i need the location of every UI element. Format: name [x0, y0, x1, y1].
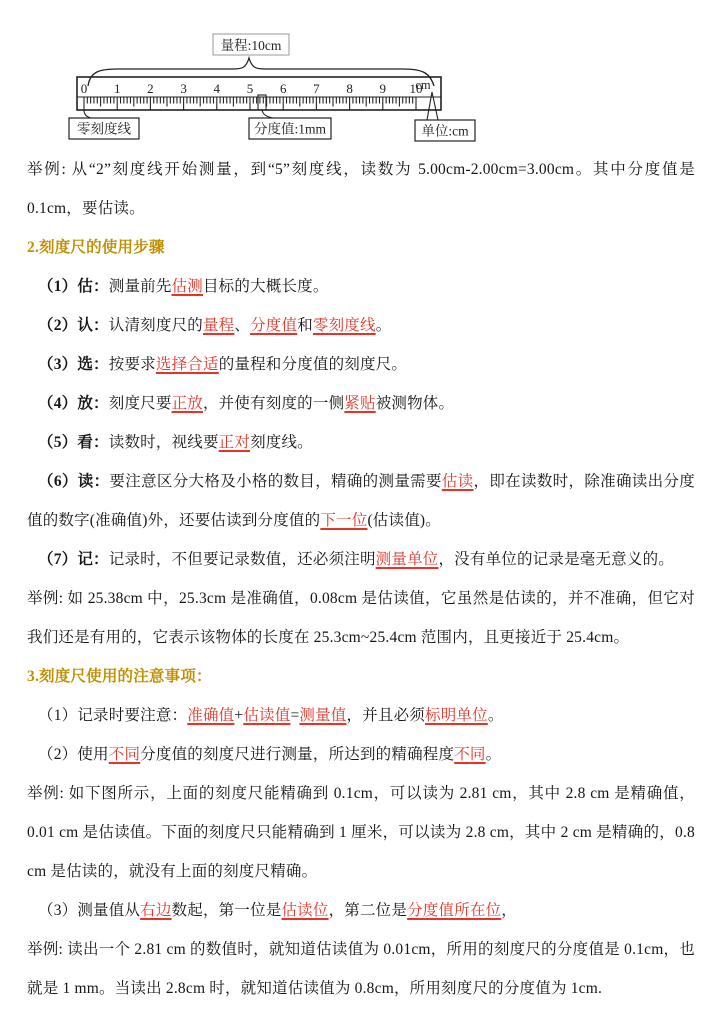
- ruler-number: 2: [147, 81, 154, 96]
- example-paragraph: 举例: 读出一个 2.81 cm 的数值时，就知道估读值为 0.01cm，所用的…: [27, 930, 695, 1008]
- highlighted-term: 零刻度线: [313, 317, 376, 334]
- text-run: （3）测量值从: [38, 902, 140, 919]
- ruler-diagram: 量程:10cm cm 012345678910 零刻度线 分度值:1mm: [31, 30, 491, 144]
- text-run: ，并且必须: [347, 707, 426, 724]
- unit-callout-pointer: [427, 92, 438, 120]
- step-paragraph: （2）使用不同分度值的刻度尺进行测量，所达到的精确程度不同。: [27, 735, 695, 774]
- highlighted-term: 量程: [203, 317, 234, 334]
- text-run: （5）看：: [38, 434, 109, 451]
- highlighted-term: 标明单位: [425, 707, 488, 724]
- ruler-number: 4: [214, 81, 221, 96]
- ruler-figure: 量程:10cm cm 012345678910 零刻度线 分度值:1mm: [31, 30, 695, 144]
- text-run: （4）放：: [38, 395, 109, 412]
- highlighted-term: 估测: [172, 278, 203, 295]
- text-run: 记录时，不但要记录数值，还必须注明: [109, 551, 376, 568]
- text-run: 举例: 读出一个 2.81 cm 的数值时，就知道估读值为 0.01cm，所用的…: [27, 941, 695, 997]
- example-paragraph: 举例: 从“2”刻度线开始测量，到“5”刻度线，读数为 5.00cm-2.00c…: [27, 150, 695, 228]
- content-blocks: 举例: 从“2”刻度线开始测量，到“5”刻度线，读数为 5.00cm-2.00c…: [27, 150, 695, 1008]
- text-run: 。: [488, 707, 504, 724]
- zero-callout-line: [84, 110, 91, 118]
- division-callout-line: [262, 110, 273, 118]
- text-run: （6）读：: [38, 473, 109, 490]
- range-label: 量程:10cm: [221, 38, 282, 53]
- text-run: +: [234, 707, 243, 724]
- text-run: ，没有单位的记录是毫无意义的。: [438, 551, 674, 568]
- text-run: 3.刻度尺使用的注意事项：: [27, 668, 212, 685]
- example-paragraph: 举例: 如 25.38cm 中，25.3cm 是准确值，0.08cm 是估读值，…: [27, 579, 695, 657]
- text-run: 要注意区分大格及小格的数目，精确的测量需要: [109, 473, 441, 490]
- highlighted-term: 估读位: [281, 902, 328, 919]
- step-paragraph: （6）读：要注意区分大格及小格的数目，精确的测量需要估读，即在读数时，除准确读出…: [27, 462, 695, 540]
- text-run: 的量程和分度值的刻度尺。: [219, 356, 407, 373]
- step-paragraph: （1）记录时要注意：准确值+估读值=测量值，并且必须标明单位。: [27, 696, 695, 735]
- highlighted-term: 分度值所在位: [407, 902, 501, 919]
- text-run: 被测物体。: [376, 395, 455, 412]
- text-run: （1）估：: [38, 278, 109, 295]
- highlighted-term: 测量单位: [376, 551, 439, 568]
- highlighted-term: 紧贴: [344, 395, 375, 412]
- text-run: （2）使用: [38, 746, 109, 763]
- section-heading: 2.刻度尺的使用步骤: [27, 228, 695, 267]
- ruler-number: 7: [313, 81, 320, 96]
- ruler-number: 3: [180, 81, 187, 96]
- ruler-ticks: [84, 97, 416, 110]
- ruler-number: 6: [280, 81, 287, 96]
- text-run: 2.刻度尺的使用步骤: [27, 239, 165, 256]
- step-paragraph: （3）测量值从右边数起，第一位是估读位，第二位是分度值所在位，: [27, 891, 695, 930]
- text-run: （7）记：: [38, 551, 109, 568]
- highlighted-term: 选择合适: [156, 356, 219, 373]
- highlighted-term: 正对: [219, 434, 250, 451]
- ruler-number: 5: [247, 81, 254, 96]
- text-run: 测量前先: [109, 278, 172, 295]
- text-run: ，第二位是: [329, 902, 408, 919]
- text-run: 举例: 从“2”刻度线开始测量，到“5”刻度线，读数为 5.00cm-2.00c…: [27, 161, 695, 217]
- ruler-number: 9: [380, 81, 387, 96]
- step-paragraph: （5）看：读数时，视线要正对刻度线。: [27, 423, 695, 462]
- text-run: 举例: 如下图所示，上面的刻度尺能精确到 0.1cm，可以读为 2.81 cm，…: [27, 785, 695, 880]
- text-run: 举例: 如 25.38cm 中，25.3cm 是准确值，0.08cm 是估读值，…: [27, 590, 695, 646]
- step-paragraph: （3）选：按要求选择合适的量程和分度值的刻度尺。: [27, 345, 695, 384]
- highlighted-term: 下一位: [320, 512, 367, 529]
- text-run: (估读值)。: [367, 512, 441, 529]
- text-run: 。: [376, 317, 392, 334]
- division-callout-label: 分度值:1mm: [254, 121, 327, 137]
- step-paragraph: （7）记：记录时，不但要记录数值，还必须注明测量单位，没有单位的记录是毫无意义的…: [27, 540, 695, 579]
- document-page: 量程:10cm cm 012345678910 零刻度线 分度值:1mm: [0, 0, 722, 1024]
- text-run: （2）认：: [38, 317, 109, 334]
- step-paragraph: （4）放：刻度尺要正放，并使有刻度的一侧紧贴被测物体。: [27, 384, 695, 423]
- text-run: ，并使有刻度的一侧: [203, 395, 344, 412]
- text-run: 按要求: [109, 356, 156, 373]
- example-paragraph: 举例: 如下图所示，上面的刻度尺能精确到 0.1cm，可以读为 2.81 cm，…: [27, 774, 695, 891]
- step-paragraph: （2）认：认清刻度尺的量程、分度值和零刻度线。: [27, 306, 695, 345]
- text-run: （1）记录时要注意：: [38, 707, 187, 724]
- ruler-body: [77, 77, 441, 110]
- highlighted-term: 不同: [109, 746, 140, 763]
- highlighted-term: 测量值: [299, 707, 346, 724]
- highlighted-term: 估读: [442, 473, 474, 490]
- text-run: 刻度线。: [250, 434, 313, 451]
- text-run: （3）选：: [38, 356, 109, 373]
- text-run: 目标的大概长度。: [203, 278, 329, 295]
- ruler-number: 1: [114, 81, 121, 96]
- unit-callout-label: 单位:cm: [421, 124, 469, 139]
- highlighted-term: 正放: [172, 395, 203, 412]
- text-run: ，: [501, 902, 517, 919]
- text-run: 。: [486, 746, 502, 763]
- text-run: 读数时，视线要: [109, 434, 219, 451]
- ruler-numbers: 012345678910: [81, 81, 423, 96]
- text-run: 认清刻度尺的: [109, 317, 203, 334]
- ruler-number: 8: [346, 81, 353, 96]
- highlighted-term: 右边: [140, 902, 171, 919]
- step-paragraph: （1）估：测量前先估测目标的大概长度。: [27, 267, 695, 306]
- text-run: 刻度尺要: [109, 395, 172, 412]
- highlighted-term: 不同: [454, 746, 485, 763]
- highlighted-term: 估读值: [243, 707, 290, 724]
- text-run: 分度值的刻度尺进行测量，所达到的精确程度: [140, 746, 454, 763]
- text-run: 数起，第一位是: [172, 902, 282, 919]
- ruler-number: 0: [81, 81, 88, 96]
- zero-callout-label: 零刻度线: [77, 121, 131, 137]
- highlighted-term: 准确值: [187, 707, 234, 724]
- text-run: 、: [234, 317, 250, 334]
- text-run: 和: [297, 317, 313, 334]
- highlighted-term: 分度值: [250, 317, 297, 334]
- section-heading: 3.刻度尺使用的注意事项：: [27, 657, 695, 696]
- ruler-number: 10: [410, 81, 423, 96]
